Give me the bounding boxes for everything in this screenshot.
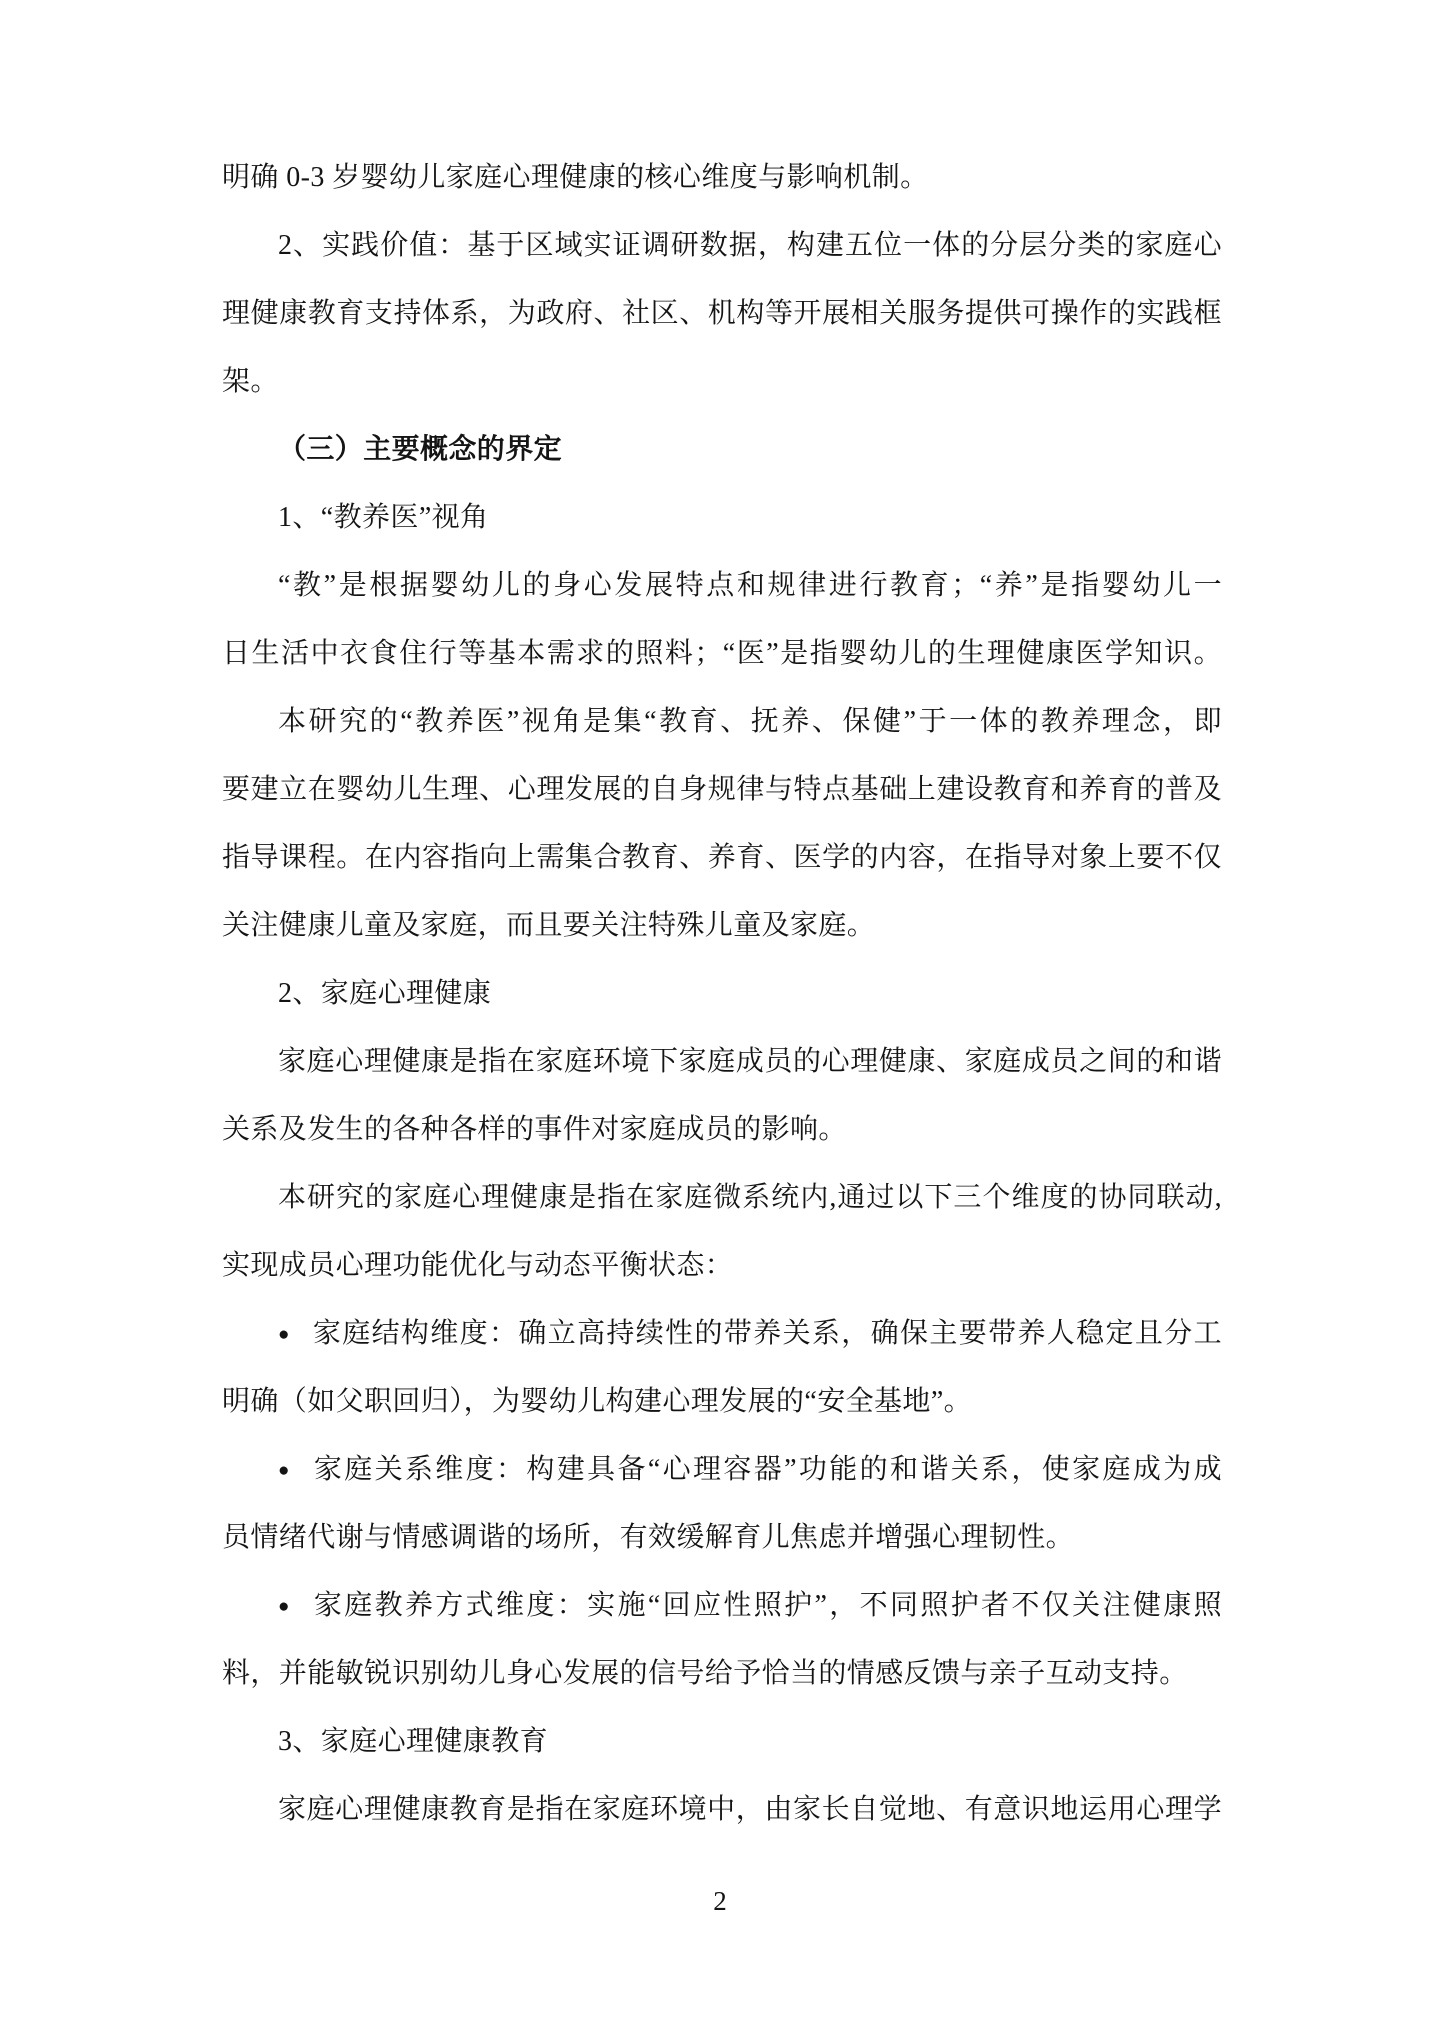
text-line: 2、家庭心理健康 [222, 960, 1222, 1028]
text-line: 家庭心理健康是指在家庭环境下家庭成员的心理健康、家庭成员之间的和谐 [222, 1028, 1222, 1096]
text-line: 本研究的“教养医”视角是集“教育、抚养、保健”于一体的教养理念，即 [222, 688, 1222, 756]
text-line: 料，并能敏锐识别幼儿身心发展的信号给予恰当的情感反馈与亲子互动支持。 [222, 1640, 1222, 1708]
page-number: 2 [0, 1884, 1440, 1918]
text-line: 日生活中衣食住行等基本需求的照料；“医”是指婴幼儿的生理健康医学知识。 [222, 620, 1222, 688]
text-line: 要建立在婴幼儿生理、心理发展的自身规律与特点基础上建设教育和养育的普及 [222, 756, 1222, 824]
line-text: 1、“教养医”视角 [278, 502, 488, 533]
line-text: 本研究的“教养医”视角是集“教育、抚养、保健”于一体的教养理念，即 [278, 706, 1222, 737]
text-line: 架。 [222, 348, 1222, 416]
line-text: 要建立在婴幼儿生理、心理发展的自身规律与特点基础上建设教育和养育的普及 [222, 774, 1222, 805]
line-text: 料，并能敏锐识别幼儿身心发展的信号给予恰当的情感反馈与亲子互动支持。 [222, 1658, 1188, 1689]
text-line: 3、家庭心理健康教育 [222, 1708, 1222, 1776]
document-body: 明确 0-3 岁婴幼儿家庭心理健康的核心维度与影响机制。2、实践价值：基于区域实… [222, 144, 1222, 1844]
text-line: 员情绪代谢与情感调谐的场所，有效缓解育儿焦虑并增强心理韧性。 [222, 1504, 1222, 1572]
bullet-icon: ● [278, 1437, 290, 1504]
line-text: “教”是根据婴幼儿的身心发展特点和规律进行教育；“养”是指婴幼儿一 [278, 570, 1222, 601]
text-line: 本研究的家庭心理健康是指在家庭微系统内,通过以下三个维度的协同联动, [222, 1164, 1222, 1232]
line-text: 指导课程。在内容指向上需集合教育、养育、医学的内容，在指导对象上要不仅 [222, 842, 1222, 873]
bullet-icon: ● [278, 1301, 290, 1368]
line-text: 日生活中衣食住行等基本需求的照料；“医”是指婴幼儿的生理健康医学知识。 [222, 638, 1222, 669]
line-text: 架。 [222, 366, 279, 397]
line-text: 关注健康儿童及家庭，而且要关注特殊儿童及家庭。 [222, 910, 875, 941]
text-line: 明确 0-3 岁婴幼儿家庭心理健康的核心维度与影响机制。 [222, 144, 1222, 212]
bullet-icon: ● [278, 1573, 290, 1640]
line-text: 家庭教养方式维度：实施“回应性照护”，不同照护者不仅关注健康照 [312, 1590, 1222, 1621]
text-line: 关系及发生的各种各样的事件对家庭成员的影响。 [222, 1096, 1222, 1164]
line-text: 家庭关系维度：构建具备“心理容器”功能的和谐关系，使家庭成为成 [312, 1454, 1222, 1485]
line-text: 实现成员心理功能优化与动态平衡状态： [222, 1250, 733, 1281]
line-text: 明确 0-3 岁婴幼儿家庭心理健康的核心维度与影响机制。 [222, 162, 929, 193]
bullet-line: ●家庭关系维度：构建具备“心理容器”功能的和谐关系，使家庭成为成 [222, 1436, 1222, 1504]
text-line: 实现成员心理功能优化与动态平衡状态： [222, 1232, 1222, 1300]
line-text: （三）主要概念的界定 [278, 434, 562, 465]
text-line: 1、“教养医”视角 [222, 484, 1222, 552]
document-page: 明确 0-3 岁婴幼儿家庭心理健康的核心维度与影响机制。2、实践价值：基于区域实… [0, 0, 1440, 2036]
text-line: 2、实践价值：基于区域实证调研数据，构建五位一体的分层分类的家庭心 [222, 212, 1222, 280]
bullet-line: ●家庭教养方式维度：实施“回应性照护”，不同照护者不仅关注健康照 [222, 1572, 1222, 1640]
line-text: 2、家庭心理健康 [278, 978, 491, 1009]
section-heading: （三）主要概念的界定 [222, 416, 1222, 484]
bullet-line: ●家庭结构维度：确立高持续性的带养关系，确保主要带养人稳定且分工 [222, 1300, 1222, 1368]
text-line: 明确（如父职回归），为婴幼儿构建心理发展的“安全基地”。 [222, 1368, 1222, 1436]
line-text: 家庭心理健康是指在家庭环境下家庭成员的心理健康、家庭成员之间的和谐 [278, 1046, 1222, 1077]
line-text: 家庭心理健康教育是指在家庭环境中，由家长自觉地、有意识地运用心理学 [278, 1794, 1222, 1825]
text-line: 家庭心理健康教育是指在家庭环境中，由家长自觉地、有意识地运用心理学 [222, 1776, 1222, 1844]
line-text: 理健康教育支持体系，为政府、社区、机构等开展相关服务提供可操作的实践框 [222, 298, 1222, 329]
line-text: 2、实践价值：基于区域实证调研数据，构建五位一体的分层分类的家庭心 [278, 230, 1222, 261]
text-line: 理健康教育支持体系，为政府、社区、机构等开展相关服务提供可操作的实践框 [222, 280, 1222, 348]
text-line: 关注健康儿童及家庭，而且要关注特殊儿童及家庭。 [222, 892, 1222, 960]
text-line: “教”是根据婴幼儿的身心发展特点和规律进行教育；“养”是指婴幼儿一 [222, 552, 1222, 620]
line-text: 员情绪代谢与情感调谐的场所，有效缓解育儿焦虑并增强心理韧性。 [222, 1522, 1074, 1553]
line-text: 3、家庭心理健康教育 [278, 1726, 548, 1757]
line-text: 本研究的家庭心理健康是指在家庭微系统内,通过以下三个维度的协同联动, [278, 1182, 1222, 1213]
text-line: 指导课程。在内容指向上需集合教育、养育、医学的内容，在指导对象上要不仅 [222, 824, 1222, 892]
line-text: 明确（如父职回归），为婴幼儿构建心理发展的“安全基地”。 [222, 1386, 972, 1417]
line-text: 家庭结构维度：确立高持续性的带养关系，确保主要带养人稳定且分工 [312, 1318, 1222, 1349]
line-text: 关系及发生的各种各样的事件对家庭成员的影响。 [222, 1114, 847, 1145]
